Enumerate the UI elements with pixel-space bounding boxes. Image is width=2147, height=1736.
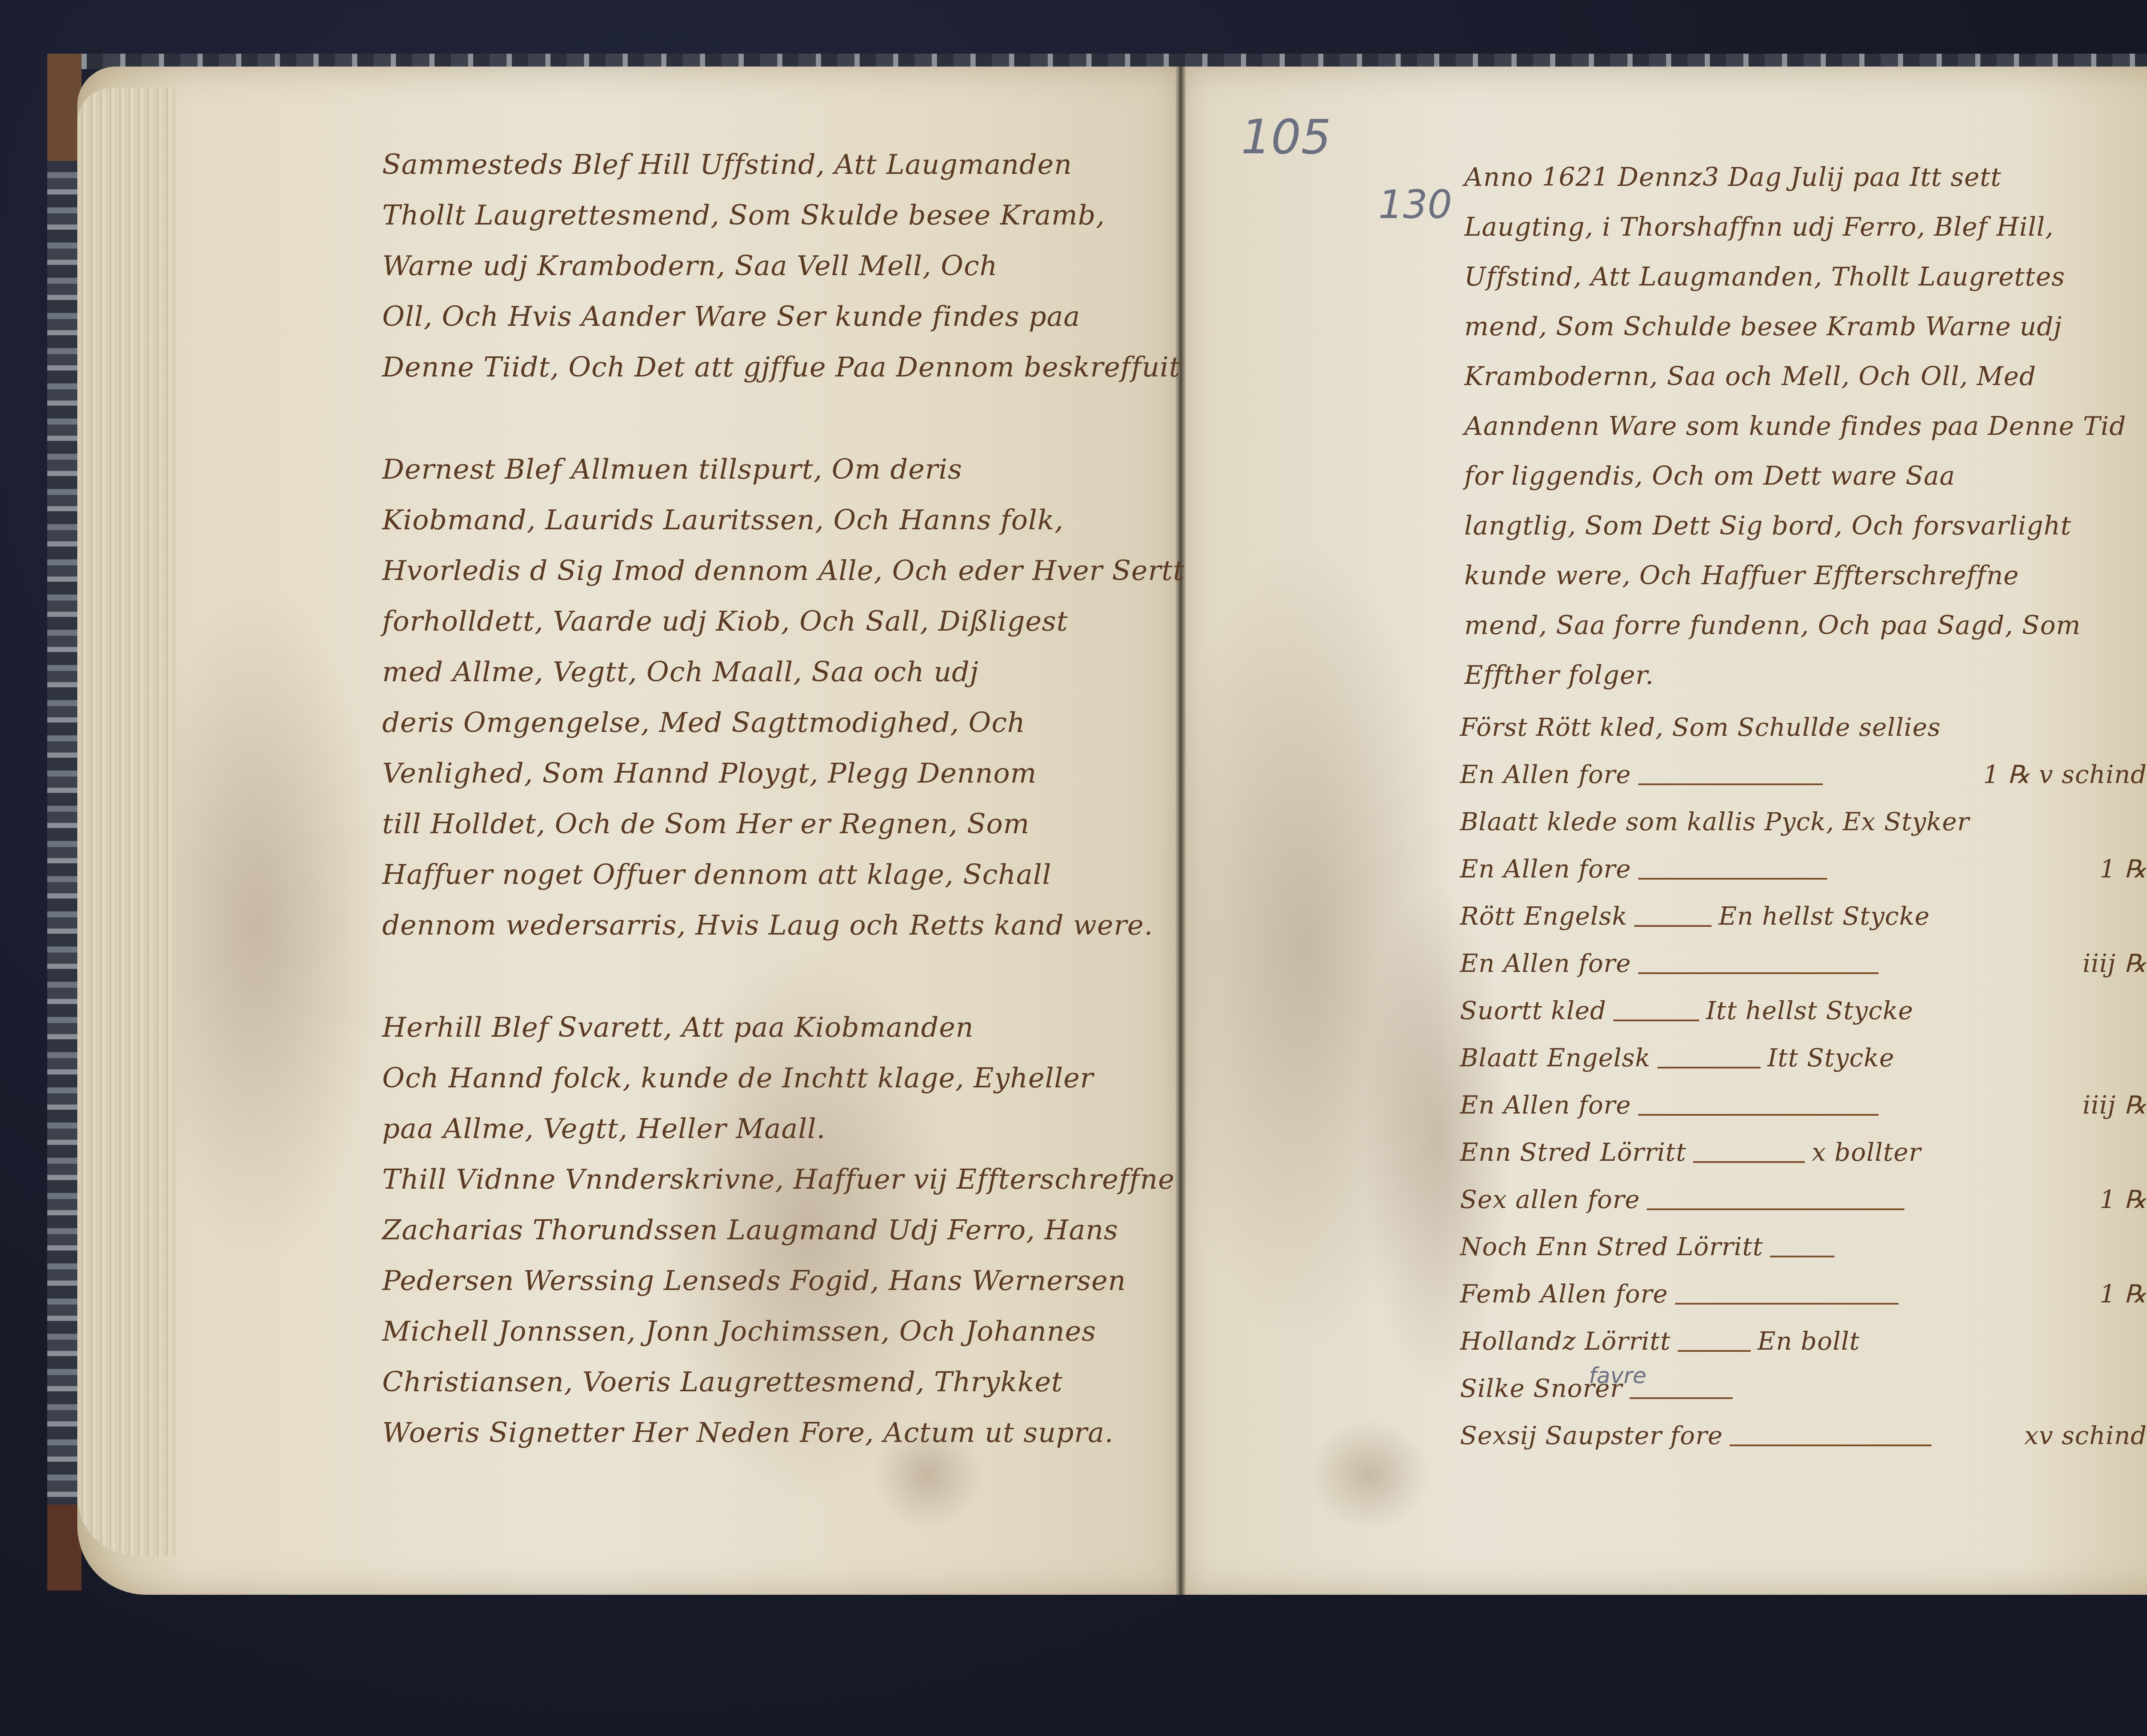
text-line: till Holldet, Och de Som Her er Regnen, … bbox=[382, 799, 1184, 850]
text-line: Kiobmand, Laurids Lauritssen, Och Hanns … bbox=[382, 495, 1184, 546]
cover-left-board bbox=[47, 54, 82, 1590]
text-line: Oll, Och Hvis Aander Ware Ser kunde find… bbox=[382, 291, 1184, 342]
margin-number: 130 bbox=[1378, 182, 1452, 228]
text-line: Thill Vidnne Vnnderskrivne, Haffuer vij … bbox=[382, 1154, 1184, 1205]
text-line: Effther folger. bbox=[1464, 650, 2126, 700]
folio-number-pencil: 105 bbox=[1241, 109, 1331, 164]
text-line: Sammesteds Blef Hill Uffstind, Att Laugm… bbox=[382, 140, 1184, 190]
text-line: kunde were, Och Haffuer Effterschreffne bbox=[1464, 551, 2126, 601]
goods-list: Först Rött kled, Som Schullde sellies En… bbox=[1460, 702, 2147, 1461]
text-line: Anno 1621 Dennz3 Dag Julij paa Itt sett bbox=[1464, 152, 2126, 202]
list-row: Sex allen fore 1 ℞ bbox=[1460, 1178, 2147, 1225]
list-row: En Allen fore iiij ℞ bbox=[1460, 1083, 2147, 1130]
text-line: langtlig, Som Dett Sig bord, Och forsvar… bbox=[1464, 501, 2126, 551]
list-row: En Allen fore iiij ℞ bbox=[1460, 941, 2147, 989]
text-line: dennom wedersarris, Hvis Laug och Retts … bbox=[382, 900, 1184, 951]
text-line: Warne udj Krambodern, Saa Vell Mell, Och bbox=[382, 241, 1184, 291]
text-line: Hvorledis d Sig Imod dennom Alle, Och ed… bbox=[382, 546, 1184, 596]
left-page-edges bbox=[77, 88, 176, 1556]
list-row: Sexsij Saupster fore xv schind bbox=[1460, 1414, 2147, 1461]
text-line: Michell Jonnssen, Jonn Jochimssen, Och J… bbox=[382, 1306, 1184, 1357]
text-line: Aanndenn Ware som kunde findes paa Denne… bbox=[1464, 401, 2126, 451]
text-line: Thollt Laugrettesmend, Som Skulde besee … bbox=[382, 190, 1184, 241]
text-line: Woeris Signetter Her Neden Fore, Actum u… bbox=[382, 1408, 1184, 1458]
text-line: Herhill Blef Svarett, Att paa Kiobmanden bbox=[382, 1002, 1184, 1053]
text-line: Haffuer noget Offuer dennom att klage, S… bbox=[382, 850, 1184, 900]
list-row: Noch Enn Stred Lörritt bbox=[1460, 1225, 2147, 1272]
left-page-text: Sammesteds Blef Hill Uffstind, Att Laugm… bbox=[382, 140, 1184, 1458]
list-row: En Allen fore 1 ℞ v schind bbox=[1460, 753, 2147, 800]
text-line: paa Allme, Vegtt, Heller Maall. bbox=[382, 1104, 1184, 1154]
text-line: Dernest Blef Allmuen tillspurt, Om deris bbox=[382, 444, 1184, 495]
open-book: Sammesteds Blef Hill Uffstind, Att Laugm… bbox=[47, 54, 2147, 1642]
text-line: forholldett, Vaarde udj Kiob, Och Sall, … bbox=[382, 596, 1184, 647]
text-line: mend, Som Schulde besee Kramb Warne udj bbox=[1464, 302, 2126, 352]
text-line: for liggendis, Och om Dett ware Saa bbox=[1464, 451, 2126, 501]
leather-corner-top-left bbox=[47, 54, 82, 161]
text-line: Venlighed, Som Hannd Ploygt, Plegg Denno… bbox=[382, 748, 1184, 799]
water-stain bbox=[1310, 1419, 1430, 1530]
text-line: Pedersen Werssing Lenseds Fogid, Hans We… bbox=[382, 1256, 1184, 1306]
text-line: Uffstind, Att Laugmanden, Thollt Laugret… bbox=[1464, 252, 2126, 302]
text-line: deris Omgengelse, Med Sagttmodighed, Och bbox=[382, 698, 1184, 748]
list-row: Hollandz Lörritt En bollt bbox=[1460, 1319, 2147, 1366]
text-line: Krambodernn, Saa och Mell, Och Oll, Med bbox=[1464, 352, 2126, 401]
list-row: En Allen fore 1 ℞ bbox=[1460, 847, 2147, 894]
text-line: Zacharias Thorundssen Laugmand Udj Ferro… bbox=[382, 1205, 1184, 1256]
list-intro: Först Rött kled, Som Schullde sellies bbox=[1460, 702, 2147, 753]
text-line: med Allme, Vegtt, Och Maall, Saa och udj bbox=[382, 647, 1184, 698]
text-line: Och Hannd folck, kunde de Inchtt klage, … bbox=[382, 1053, 1184, 1104]
leather-corner-bottom-left bbox=[47, 1505, 82, 1590]
right-page-text: Anno 1621 Dennz3 Dag Julij paa Itt sett … bbox=[1464, 152, 2126, 700]
text-line: Denne Tiidt, Och Det att gjffue Paa Denn… bbox=[382, 342, 1184, 393]
text-line: Christiansen, Voeris Laugrettesmend, Thr… bbox=[382, 1357, 1184, 1408]
list-row: Femb Allen fore 1 ℞ bbox=[1460, 1272, 2147, 1319]
text-line: mend, Saa forre fundenn, Och paa Sagd, S… bbox=[1464, 601, 2126, 650]
list-row: Suortt kled Itt hellst Stycke bbox=[1460, 989, 2147, 1036]
list-row: Enn Stred Lörritt x bollter bbox=[1460, 1130, 2147, 1178]
list-row: Blaatt Engelsk Itt Stycke bbox=[1460, 1036, 2147, 1083]
list-row: Rött Engelsk En hellst Stycke bbox=[1460, 894, 2147, 941]
text-line: Laugting, i Thorshaffnn udj Ferro, Blef … bbox=[1464, 202, 2126, 252]
list-row: Silke Snorer bbox=[1460, 1366, 2147, 1414]
list-row: Blaatt klede som kallis Pyck, Ex Styker bbox=[1460, 800, 2147, 847]
